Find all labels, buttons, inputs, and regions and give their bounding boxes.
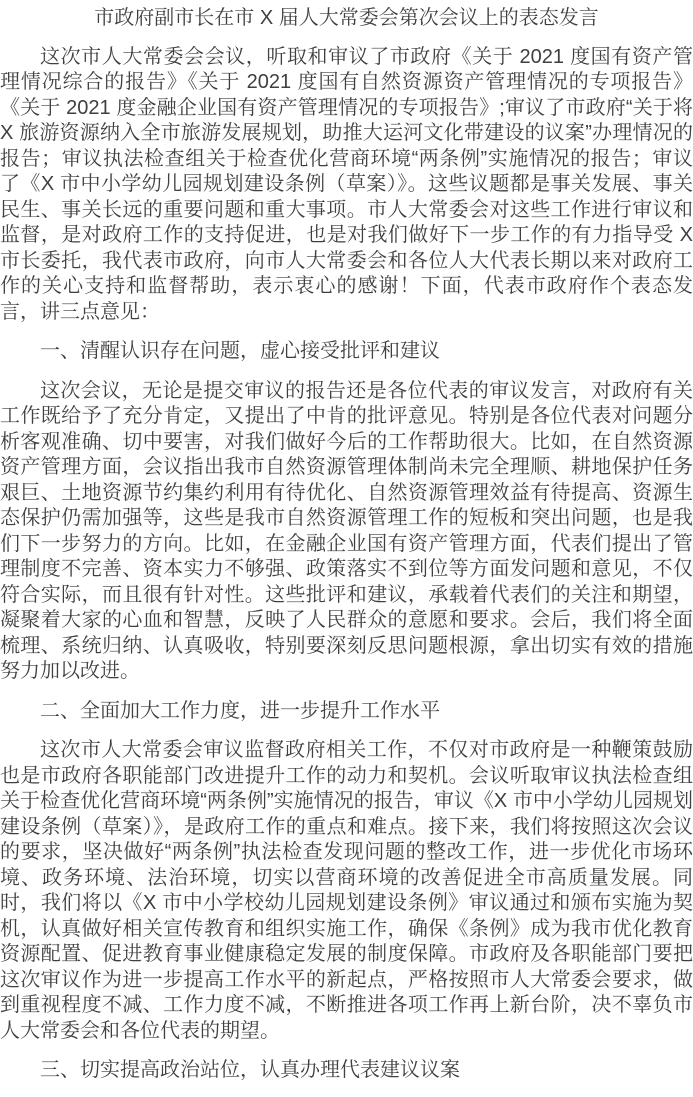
paragraph-section-2: 这次市人大常委会审议监督政府相关工作，不仅对市政府是一种鞭策鼓励也是市政府各职能… bbox=[0, 738, 693, 1044]
section-heading-2: 二、全面加大工作力度，进一步提升工作水平 bbox=[0, 699, 693, 725]
paragraph-intro: 这次市人大常委会会议，听取和审议了市政府《关于 2021 度国有资产管理情况综合… bbox=[0, 45, 693, 326]
paragraph-section-1: 这次会议，无论是提交审议的报告还是各位代表的审议发言，对政府有关工作既给予了充分… bbox=[0, 379, 693, 685]
section-heading-3: 三、切实提高政治站位，认真办理代表建议议案 bbox=[0, 1058, 693, 1084]
section-heading-1: 一、清醒认识存在问题，虚心接受批评和建议 bbox=[0, 339, 693, 365]
document-title: 市政府副市长在市 X 届人大常委会第次会议上的表态发言 bbox=[0, 6, 693, 32]
document: 市政府副市长在市 X 届人大常委会第次会议上的表态发言 这次市人大常委会会议，听… bbox=[0, 6, 693, 1084]
